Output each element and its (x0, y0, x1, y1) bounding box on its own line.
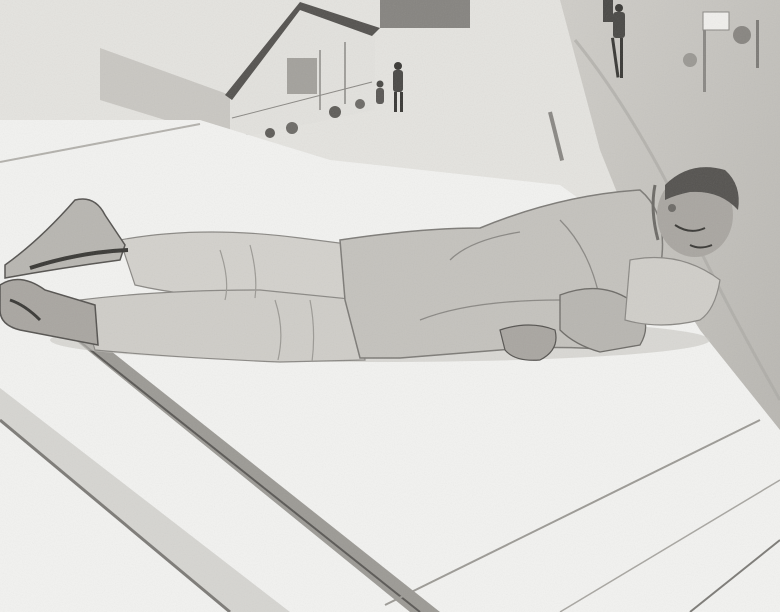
photograph (0, 0, 780, 612)
